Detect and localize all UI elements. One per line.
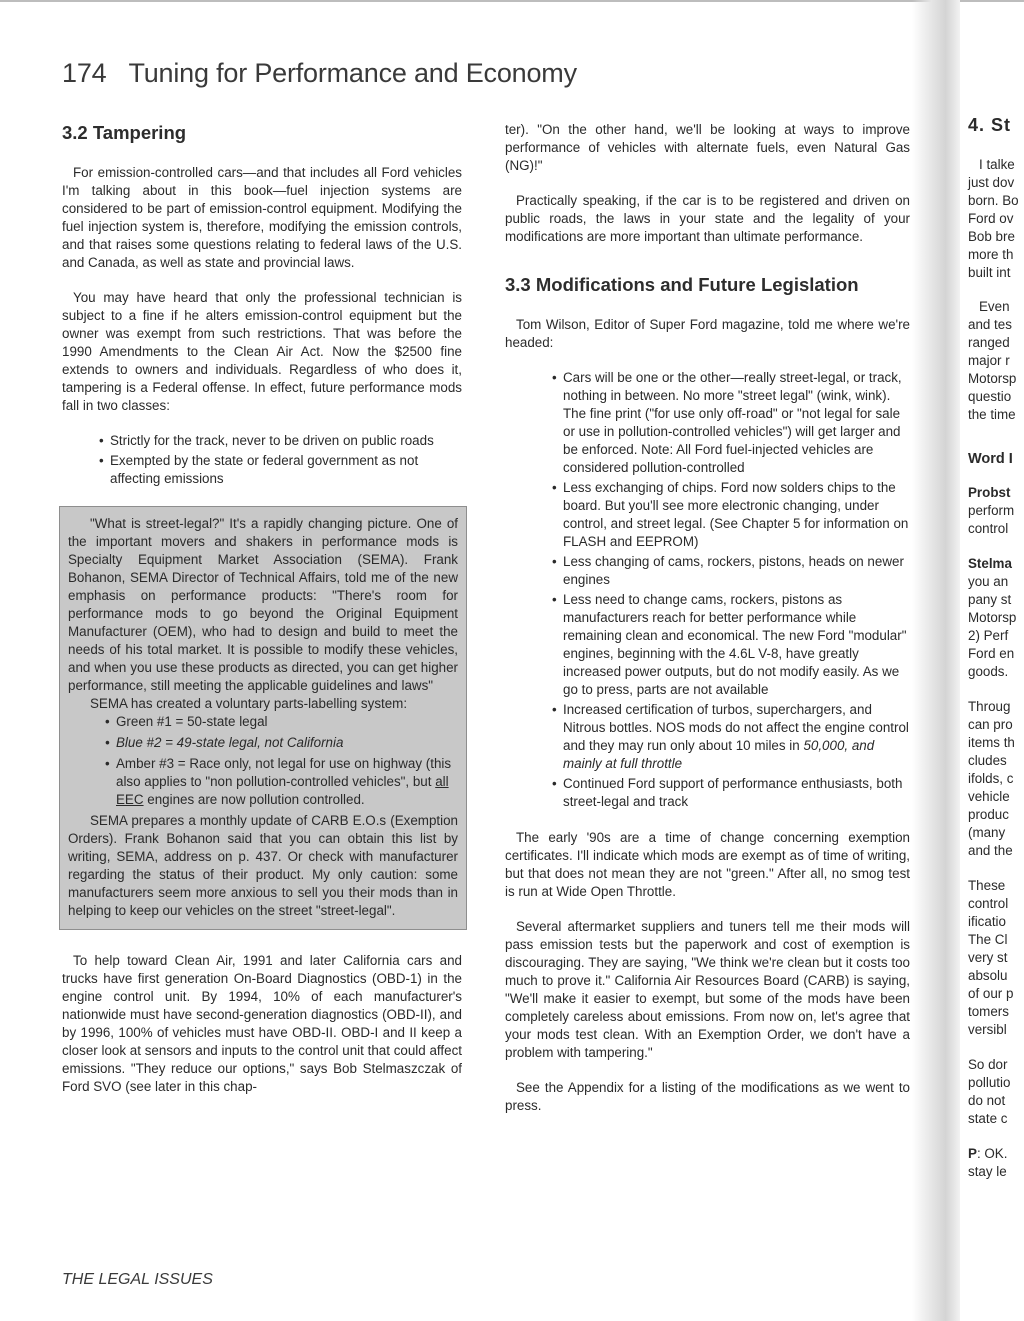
classes-list: Strictly for the track, never to be driv… [62, 432, 462, 488]
line: Throug [968, 699, 1010, 714]
line: questio [968, 389, 1011, 404]
label-green: Green #1 = 50-state legal [106, 713, 458, 731]
line: cludes [968, 753, 1007, 768]
label-amber-text: engines are now pollution controlled. [144, 792, 365, 807]
street-legal-sidebar: "What is street-legal?" It's a rapidly c… [59, 506, 467, 930]
left-column: 3.2 Tampering For emission-controlled ca… [62, 124, 462, 1113]
paragraph: To help toward Clean Air, 1991 and later… [62, 952, 462, 1096]
book-title: Tuning for Performance and Economy [128, 58, 576, 88]
list-item: Less exchanging of chips. Ford now solde… [553, 479, 910, 551]
line: you an [968, 574, 1008, 589]
page-gutter-shadow [912, 0, 960, 1321]
section-heading-tampering: 3.2 Tampering [62, 124, 462, 142]
list-item: Cars will be one or the other—really str… [553, 369, 910, 477]
line: ifolds, c [968, 771, 1013, 786]
middle-column: ter). "On the other hand, we'll be looki… [505, 121, 910, 1132]
line: 2) Perf [968, 628, 1008, 643]
line: goods. [968, 664, 1008, 679]
line: and tes [968, 317, 1012, 332]
line: items th [968, 735, 1015, 750]
facing-paragraph: I talke just dov born. Bo Ford ov Bob br… [968, 156, 1024, 282]
line: Motorsp [968, 610, 1016, 625]
line: absolu [968, 968, 1007, 983]
facing-paragraph: Throug can pro items th cludes ifolds, c… [968, 698, 1024, 860]
line: more th [968, 247, 1013, 262]
list-item: Continued Ford support of performance en… [553, 775, 910, 811]
line: just dov [968, 175, 1014, 190]
line: very st [968, 950, 1007, 965]
list-item: Less need to change cams, rockers, pisto… [553, 591, 910, 699]
sidebar-paragraph: "What is street-legal?" It's a rapidly c… [68, 515, 458, 695]
line: Even [979, 299, 1010, 314]
line: pany st [968, 592, 1011, 607]
line: Ford ov [968, 211, 1013, 226]
list-item: Less changing of cams, rockers, pistons,… [553, 553, 910, 589]
line: So dor [968, 1057, 1007, 1072]
line: control [968, 896, 1008, 911]
line: do not [968, 1093, 1005, 1108]
sidebar-paragraph: SEMA has created a voluntary parts-label… [68, 695, 458, 713]
paragraph: ter). "On the other hand, we'll be looki… [505, 121, 910, 175]
sidebar-paragraph: SEMA prepares a monthly update of CARB E… [68, 812, 458, 920]
line: of our p [968, 986, 1013, 1001]
facing-paragraph: So dor pollutio do not state c [968, 1056, 1024, 1128]
line: and the [968, 843, 1013, 858]
list-item: Increased certification of turbos, super… [553, 701, 910, 773]
speaker-label: Probst [968, 485, 1010, 500]
line: ranged [968, 335, 1010, 350]
line: Motorsp [968, 371, 1016, 386]
line: stay le [968, 1164, 1007, 1179]
paragraph: Tom Wilson, Editor of Super Ford magazin… [505, 316, 910, 352]
facing-paragraph: Even and tes ranged major r Motorsp ques… [968, 298, 1024, 424]
facing-page-clip: 4. St I talke just dov born. Bo Ford ov … [960, 0, 1024, 1321]
line: The Cl [968, 932, 1007, 947]
list-item: Strictly for the track, never to be driv… [100, 432, 462, 450]
section-heading-modifications: 3.3 Modifications and Future Legislation [505, 276, 910, 294]
line: ificatio [968, 914, 1006, 929]
future-list: Cars will be one or the other—really str… [505, 369, 910, 811]
line: tomers [968, 1004, 1009, 1019]
label-amber: Amber #3 = Race only, not legal for use … [106, 755, 458, 809]
paragraph: For emission-controlled cars—and that in… [62, 164, 462, 272]
line: state c [968, 1111, 1007, 1126]
paragraph: See the Appendix for a listing of the mo… [505, 1079, 910, 1115]
label-amber-text: Amber #3 = Race only, not legal for use … [116, 756, 451, 789]
facing-subheading: Word I [968, 450, 1024, 468]
line: major r [968, 353, 1010, 368]
facing-paragraph: These control ificatio The Cl very st ab… [968, 877, 1024, 1039]
paragraph: You may have heard that only the profess… [62, 289, 462, 415]
line: These [968, 878, 1005, 893]
line: can pro [968, 717, 1013, 732]
line: I talke [979, 157, 1015, 172]
line: control [968, 521, 1008, 536]
facing-heading: 4. St [968, 116, 1024, 134]
paragraph: Several aftermarket suppliers and tuners… [505, 918, 910, 1062]
line: perform [968, 503, 1014, 518]
speaker-label: Stelma [968, 556, 1012, 571]
line: pollutio [968, 1075, 1010, 1090]
line: vehicle [968, 789, 1010, 804]
facing-paragraph: Stelma you an pany st Motorsp 2) Perf Fo… [968, 555, 1024, 681]
line: Ford en [968, 646, 1014, 661]
running-footer: THE LEGAL ISSUES [62, 1271, 213, 1289]
page-top-edge [0, 0, 1024, 2]
paragraph: The early '90s are a time of change conc… [505, 829, 910, 901]
list-item: Exempted by the state or federal governm… [100, 452, 462, 488]
line: (many [968, 825, 1005, 840]
page-header: 174Tuning for Performance and Economy [62, 58, 577, 89]
line: : OK. [977, 1146, 1008, 1161]
line: built int [968, 265, 1010, 280]
label-blue: Blue #2 = 49-state legal, not California [106, 734, 458, 752]
line: Bob bre [968, 229, 1015, 244]
line: the time [968, 407, 1016, 422]
facing-paragraph: P: OK. stay le [968, 1145, 1024, 1181]
speaker-label: P [968, 1146, 977, 1161]
line: born. Bo [968, 193, 1019, 208]
sema-label-list: Green #1 = 50-state legal Blue #2 = 49-s… [68, 713, 458, 809]
line: produc [968, 807, 1009, 822]
paragraph: Practically speaking, if the car is to b… [505, 192, 910, 246]
facing-page-column: 4. St I talke just dov born. Bo Ford ov … [968, 116, 1024, 1198]
facing-paragraph: Probst perform control [968, 484, 1024, 538]
page-number: 174 [62, 58, 106, 88]
line: versibl [968, 1022, 1007, 1037]
